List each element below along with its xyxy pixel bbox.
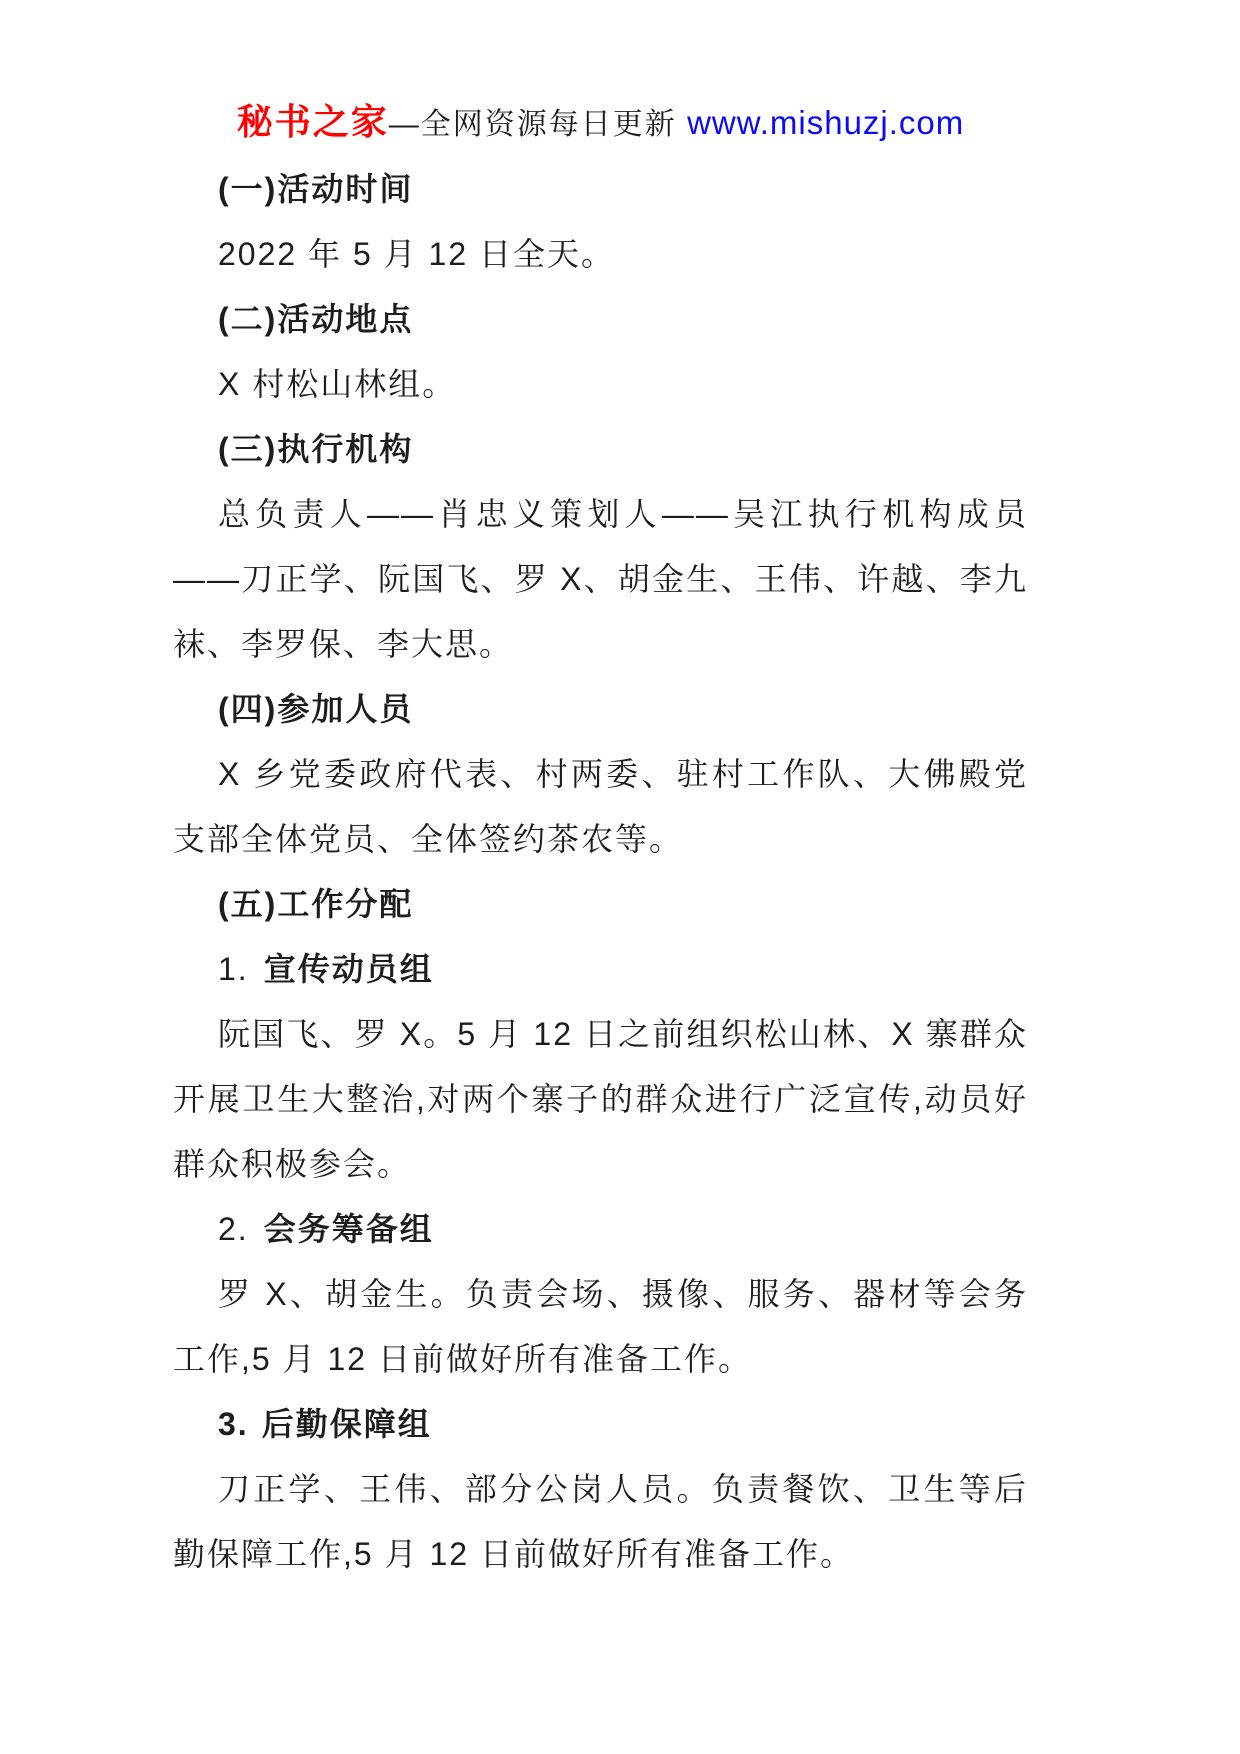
paragraph-publicity-group: 阮国飞、罗 X。5 月 12 日之前组织松山林、X 寨群众开展卫生大整治,对两个…	[173, 1002, 1028, 1197]
item-title: 会务筹备组	[264, 1211, 434, 1247]
item-number: 1.	[218, 951, 249, 987]
site-url-link[interactable]: www.mishuzj.com	[687, 104, 964, 141]
section-heading-activity-time: (一)活动时间	[173, 157, 1028, 222]
item-title: 宣传动员组	[264, 951, 434, 987]
paragraph-activity-place: X 村松山林组。	[173, 352, 1028, 417]
section-heading-work-assignment: (五)工作分配	[173, 872, 1028, 937]
section-heading-activity-place: (二)活动地点	[173, 287, 1028, 352]
document-body: 秘书之家—全网资源每日更新 www.mishuzj.com (一)活动时间 20…	[0, 0, 1240, 1754]
numbered-item-logistics-group: 3.后勤保障组	[173, 1392, 1028, 1457]
document-page: 秘书之家—全网资源每日更新 www.mishuzj.com (一)活动时间 20…	[0, 0, 1240, 1754]
paragraph-executing-body: 总负责人——肖忠义策划人——吴江执行机构成员——刀正学、阮国飞、罗 X、胡金生、…	[173, 482, 1028, 677]
paragraph-logistics-group: 刀正学、王伟、部分公岗人员。负责餐饮、卫生等后勤保障工作,5 月 12 日前做好…	[173, 1457, 1028, 1587]
item-title: 后勤保障组	[262, 1406, 432, 1442]
site-header: 秘书之家—全网资源每日更新 www.mishuzj.com	[173, 89, 1028, 157]
site-brand: 秘书之家	[237, 101, 389, 142]
numbered-item-conference-group: 2.会务筹备组	[173, 1197, 1028, 1262]
section-heading-executing-body: (三)执行机构	[173, 417, 1028, 482]
paragraph-conference-group: 罗 X、胡金生。负责会场、摄像、服务、器材等会务工作,5 月 12 日前做好所有…	[173, 1262, 1028, 1392]
item-number: 3.	[218, 1406, 249, 1442]
site-tagline: —全网资源每日更新	[389, 108, 687, 141]
paragraph-activity-time: 2022 年 5 月 12 日全天。	[173, 222, 1028, 287]
item-number: 2.	[218, 1211, 249, 1247]
numbered-item-publicity-group: 1.宣传动员组	[173, 937, 1028, 1002]
section-heading-participants: (四)参加人员	[173, 677, 1028, 742]
paragraph-participants: X 乡党委政府代表、村两委、驻村工作队、大佛殿党支部全体党员、全体签约茶农等。	[173, 742, 1028, 872]
